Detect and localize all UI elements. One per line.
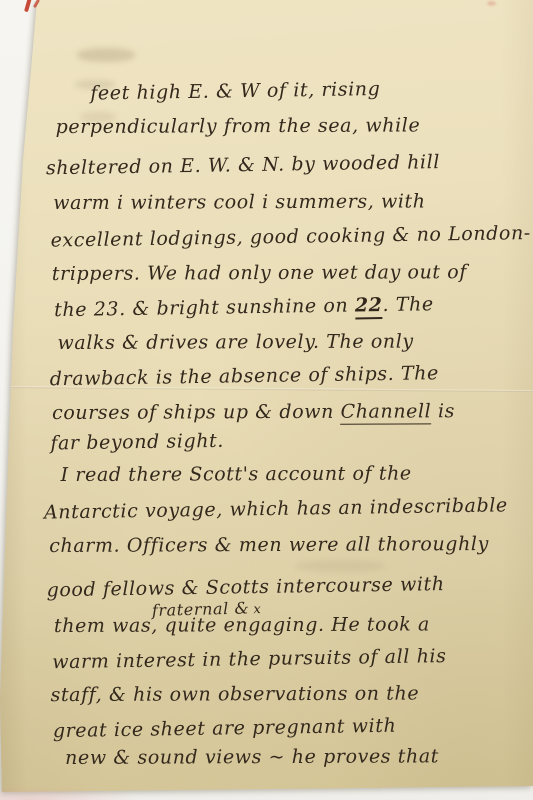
letter-scan: feet high E. & W of it, rising perpendic… [0, 0, 533, 800]
letter-body: feet high E. & W of it, rising perpendic… [0, 0, 533, 800]
letter-line: drawback is the absence of ships. The [50, 364, 439, 389]
line-part: . The [382, 293, 434, 316]
insertion-text: fraternal & [152, 598, 250, 620]
letter-line: great ice sheet are pregnant with [53, 717, 397, 741]
interlinear-insertion: fraternal &x [152, 600, 262, 619]
letter-line: Antarctic voyage, which has an indescrib… [44, 496, 508, 522]
letter-line: sheltered on E. W. & N. by wooded hill [46, 153, 440, 178]
letter-line: warm interest in the pursuits of all his [52, 647, 446, 672]
letter-line: I read there Scott's account of the [61, 465, 412, 486]
letter-line: charm. Officers & men were all thoroughl… [49, 535, 489, 556]
underlined-number: 22 [355, 294, 383, 319]
red-smudge-mark [487, 1, 496, 6]
letter-line: warm i winters cool i summers, with [53, 192, 425, 213]
underlined-word: Channell [341, 400, 432, 424]
letter-line: perpendicularly from the sea, while [56, 116, 421, 137]
letter-line: new & sound views ~ he proves that [65, 747, 439, 768]
letter-line: walks & drives are lovely. The only [57, 332, 413, 353]
letter-line: the 23. & bright sunshine on 22. The [54, 295, 434, 320]
caret-mark: x [253, 602, 261, 617]
paper-wrapper: feet high E. & W of it, rising perpendic… [0, 0, 533, 800]
letter-page: feet high E. & W of it, rising perpendic… [0, 0, 533, 800]
letter-line: far beyond sight. [50, 432, 224, 454]
letter-line: staff, & his own observations on the [51, 684, 420, 705]
letter-line: trippers. We had only one wet day out of [52, 263, 467, 284]
line-part: courses of ships up & down [52, 401, 341, 424]
letter-line: feet high E. & W of it, rising [90, 80, 380, 104]
letter-line: excellent lodgings, good cooking & no Lo… [50, 224, 531, 251]
letter-line: courses of ships up & down Channell is [52, 402, 455, 423]
letter-line: good fellows & Scotts intercourse with [47, 575, 445, 600]
line-part: is [431, 400, 455, 422]
line-part: the 23. & bright sunshine on [54, 294, 355, 321]
letter-line: them was, quite engaging. He took a [54, 615, 430, 636]
